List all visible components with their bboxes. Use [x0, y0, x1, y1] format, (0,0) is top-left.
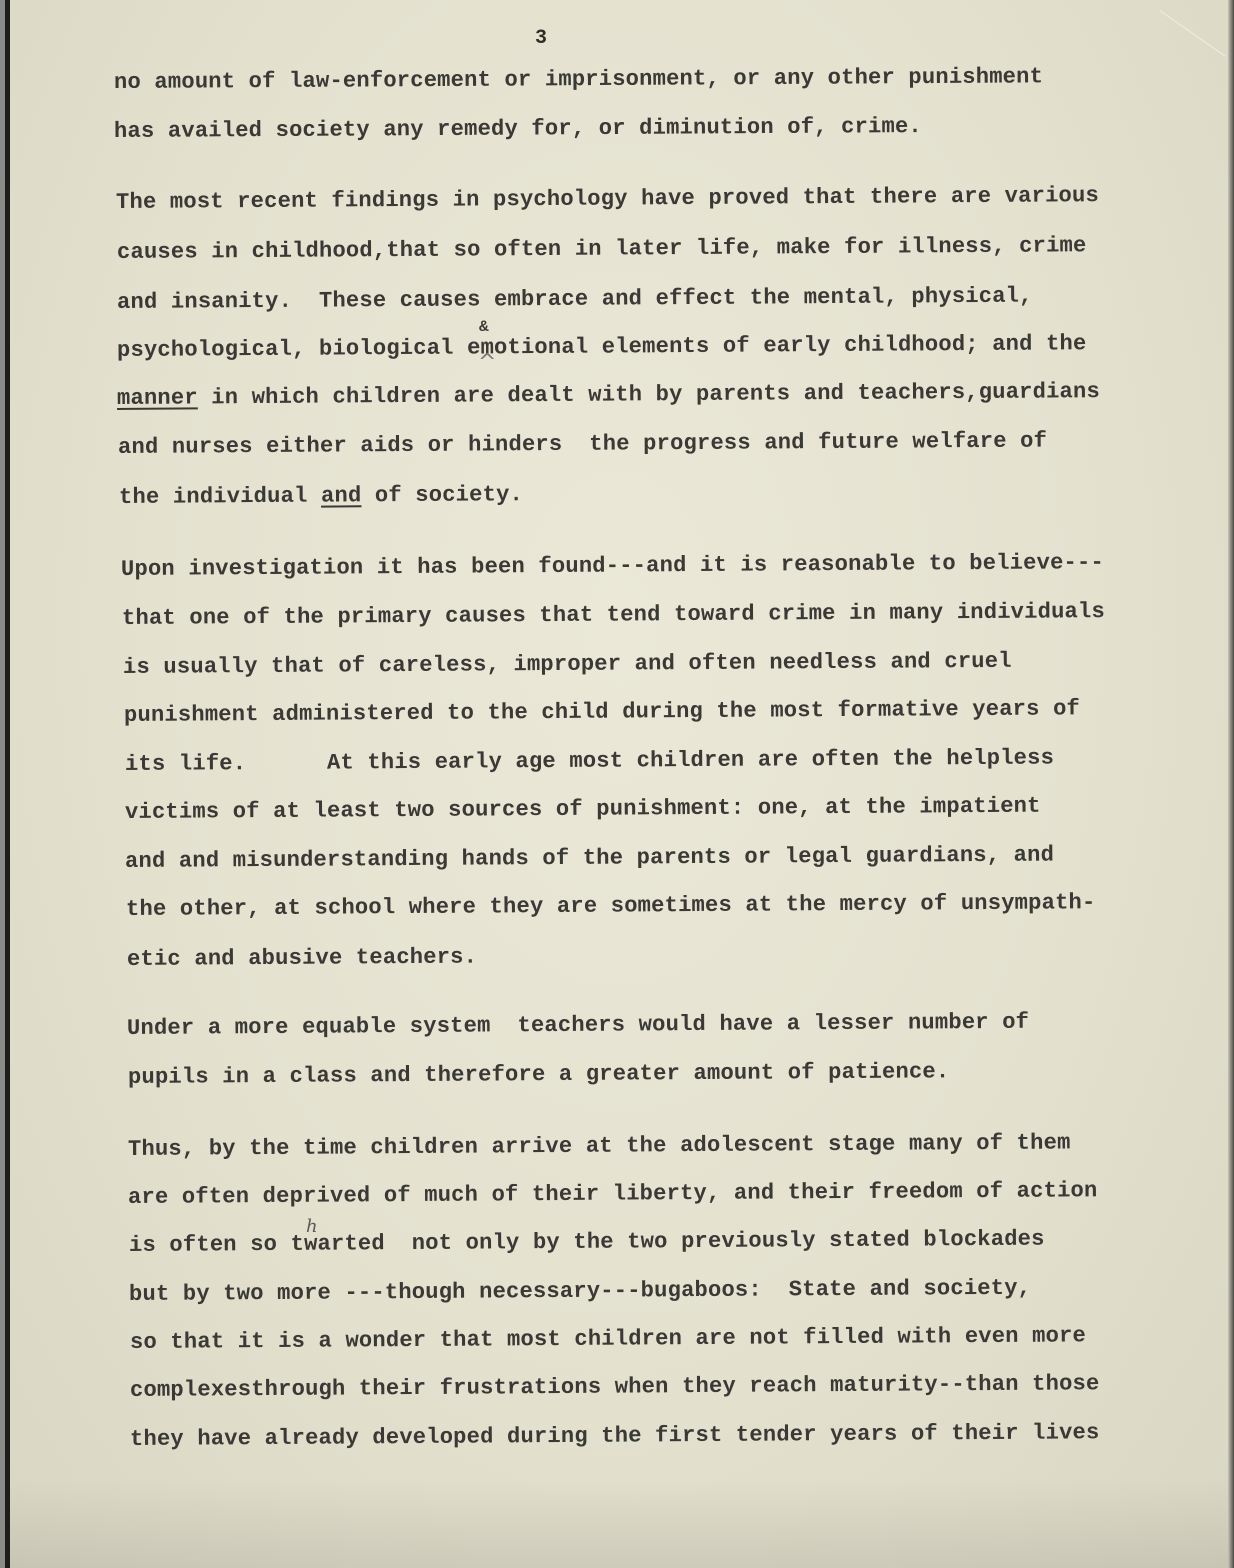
page-number: 3: [535, 27, 547, 50]
typed-ampersand-insertion: &: [479, 318, 489, 336]
page-bottom-shade: [10, 1478, 1228, 1568]
text-line-rest: of society.: [361, 482, 523, 508]
text-line-start: the individual: [119, 484, 321, 510]
text-line: etic and abusive teachers.: [127, 945, 477, 972]
underlined-word-manner: manner: [117, 385, 198, 411]
page-right-edge: [1228, 0, 1234, 1568]
caret-mark: ^: [478, 350, 496, 375]
text-line: the individual and of society.: [119, 482, 523, 510]
underlined-word-and: and: [321, 483, 362, 508]
text-line: has availed society any remedy for, or d…: [114, 114, 922, 144]
